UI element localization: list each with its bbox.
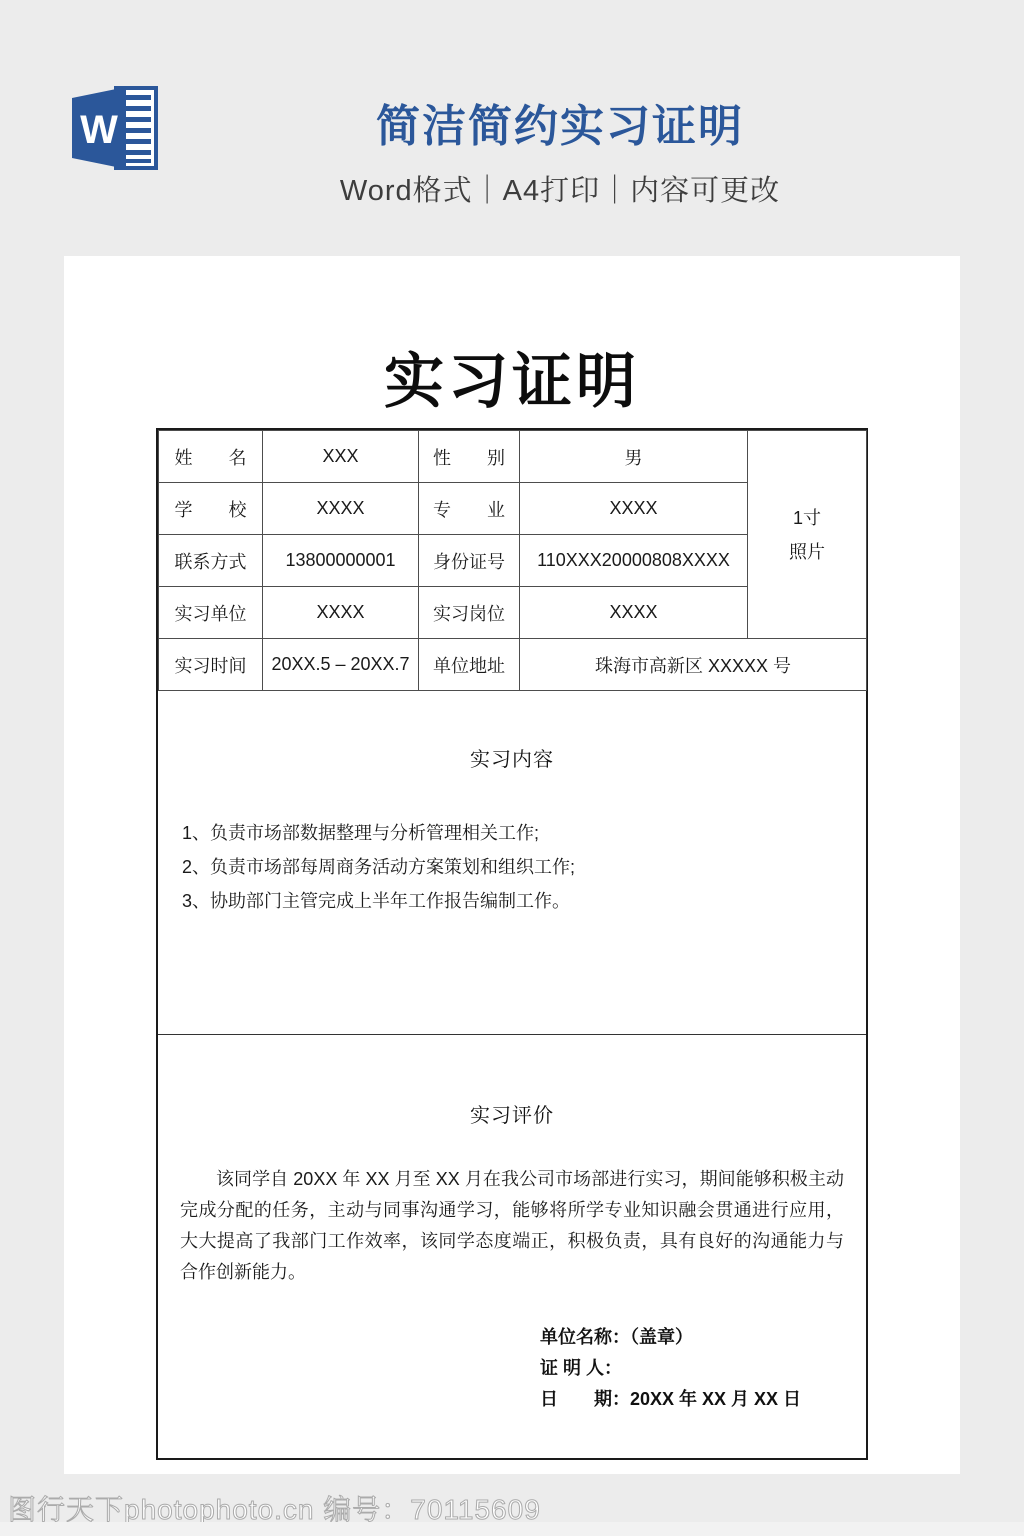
evaluation-section-heading: 实习评价 bbox=[158, 1035, 866, 1128]
period-label: 实习时间 bbox=[159, 639, 263, 691]
banner: 简洁简约实习证明 Word格式｜A4打印｜内容可更改 bbox=[96, 90, 1024, 209]
document-title: 实习证明 bbox=[64, 334, 960, 420]
gender-label: 性 别 bbox=[419, 431, 520, 483]
major-label: 专 业 bbox=[419, 483, 520, 535]
photo-placeholder-cell: 1寸 照片 bbox=[748, 431, 867, 639]
name-value: XXX bbox=[263, 431, 419, 483]
content-section-heading: 实习内容 bbox=[158, 691, 866, 772]
contact-label: 联系方式 bbox=[159, 535, 263, 587]
banner-subtitle: Word格式｜A4打印｜内容可更改 bbox=[96, 168, 1024, 209]
signature-certifier-line: 证 明 人： bbox=[540, 1353, 866, 1384]
banner-title: 简洁简约实习证明 bbox=[96, 90, 1024, 154]
major-value: XXXX bbox=[520, 483, 748, 535]
period-value: 20XX.5 – 20XX.7 bbox=[263, 639, 419, 691]
address-label: 单位地址 bbox=[419, 639, 520, 691]
name-label: 姓 名 bbox=[159, 431, 263, 483]
address-value: 珠海市高新区 XXXXX 号 bbox=[520, 639, 867, 691]
id-value: 110XXX20000808XXXX bbox=[520, 535, 748, 587]
list-item: 1、负责市场部数据整理与分析管理相关工作; bbox=[182, 816, 866, 850]
table-row: 实习时间 20XX.5 – 20XX.7 单位地址 珠海市高新区 XXXXX 号 bbox=[159, 639, 867, 691]
list-item: 3、协助部门主管完成上半年工作报告编制工作。 bbox=[182, 884, 866, 918]
signature-block: 单位名称：（盖章） 证 明 人： 日 期：20XX 年 XX 月 XX 日 bbox=[540, 1322, 866, 1415]
signature-company-line: 单位名称：（盖章） bbox=[540, 1322, 866, 1353]
table-row: 姓 名 XXX 性 别 男 1寸 照片 bbox=[159, 431, 867, 483]
template-preview-page: { "colors": { "accent_blue": "#2b579a", … bbox=[0, 0, 1024, 1536]
document-page: 实习证明 姓 名 XXX 性 别 男 1寸 照片 学 校 XXXX 专 业 bbox=[64, 256, 960, 1474]
internship-content-section: 实习内容 1、负责市场部数据整理与分析管理相关工作; 2、负责市场部每周商务活动… bbox=[158, 691, 866, 1034]
gender-value: 男 bbox=[520, 431, 748, 483]
duty-list: 1、负责市场部数据整理与分析管理相关工作; 2、负责市场部每周商务活动方案策划和… bbox=[182, 816, 866, 918]
list-item: 2、负责市场部每周商务活动方案策划和组织工作; bbox=[182, 850, 866, 884]
id-label: 身份证号 bbox=[419, 535, 520, 587]
position-value: XXXX bbox=[520, 587, 748, 639]
info-table: 姓 名 XXX 性 别 男 1寸 照片 学 校 XXXX 专 业 XXXX 联系… bbox=[158, 430, 867, 691]
document-content-box: 姓 名 XXX 性 别 男 1寸 照片 学 校 XXXX 专 业 XXXX 联系… bbox=[156, 428, 868, 1460]
internship-evaluation-section: 实习评价 该同学自 20XX 年 XX 月至 XX 月在我公司市场部进行实习，期… bbox=[158, 1034, 866, 1415]
signature-date-line: 日 期：20XX 年 XX 月 XX 日 bbox=[540, 1384, 866, 1415]
contact-value: 13800000001 bbox=[263, 535, 419, 587]
unit-label: 实习单位 bbox=[159, 587, 263, 639]
photo-line1: 1寸 bbox=[748, 501, 866, 535]
school-value: XXXX bbox=[263, 483, 419, 535]
bottom-strip bbox=[0, 1522, 1024, 1536]
evaluation-paragraph: 该同学自 20XX 年 XX 月至 XX 月在我公司市场部进行实习，期间能够积极… bbox=[180, 1164, 844, 1288]
photo-line2: 照片 bbox=[748, 535, 866, 569]
unit-value: XXXX bbox=[263, 587, 419, 639]
position-label: 实习岗位 bbox=[419, 587, 520, 639]
school-label: 学 校 bbox=[159, 483, 263, 535]
